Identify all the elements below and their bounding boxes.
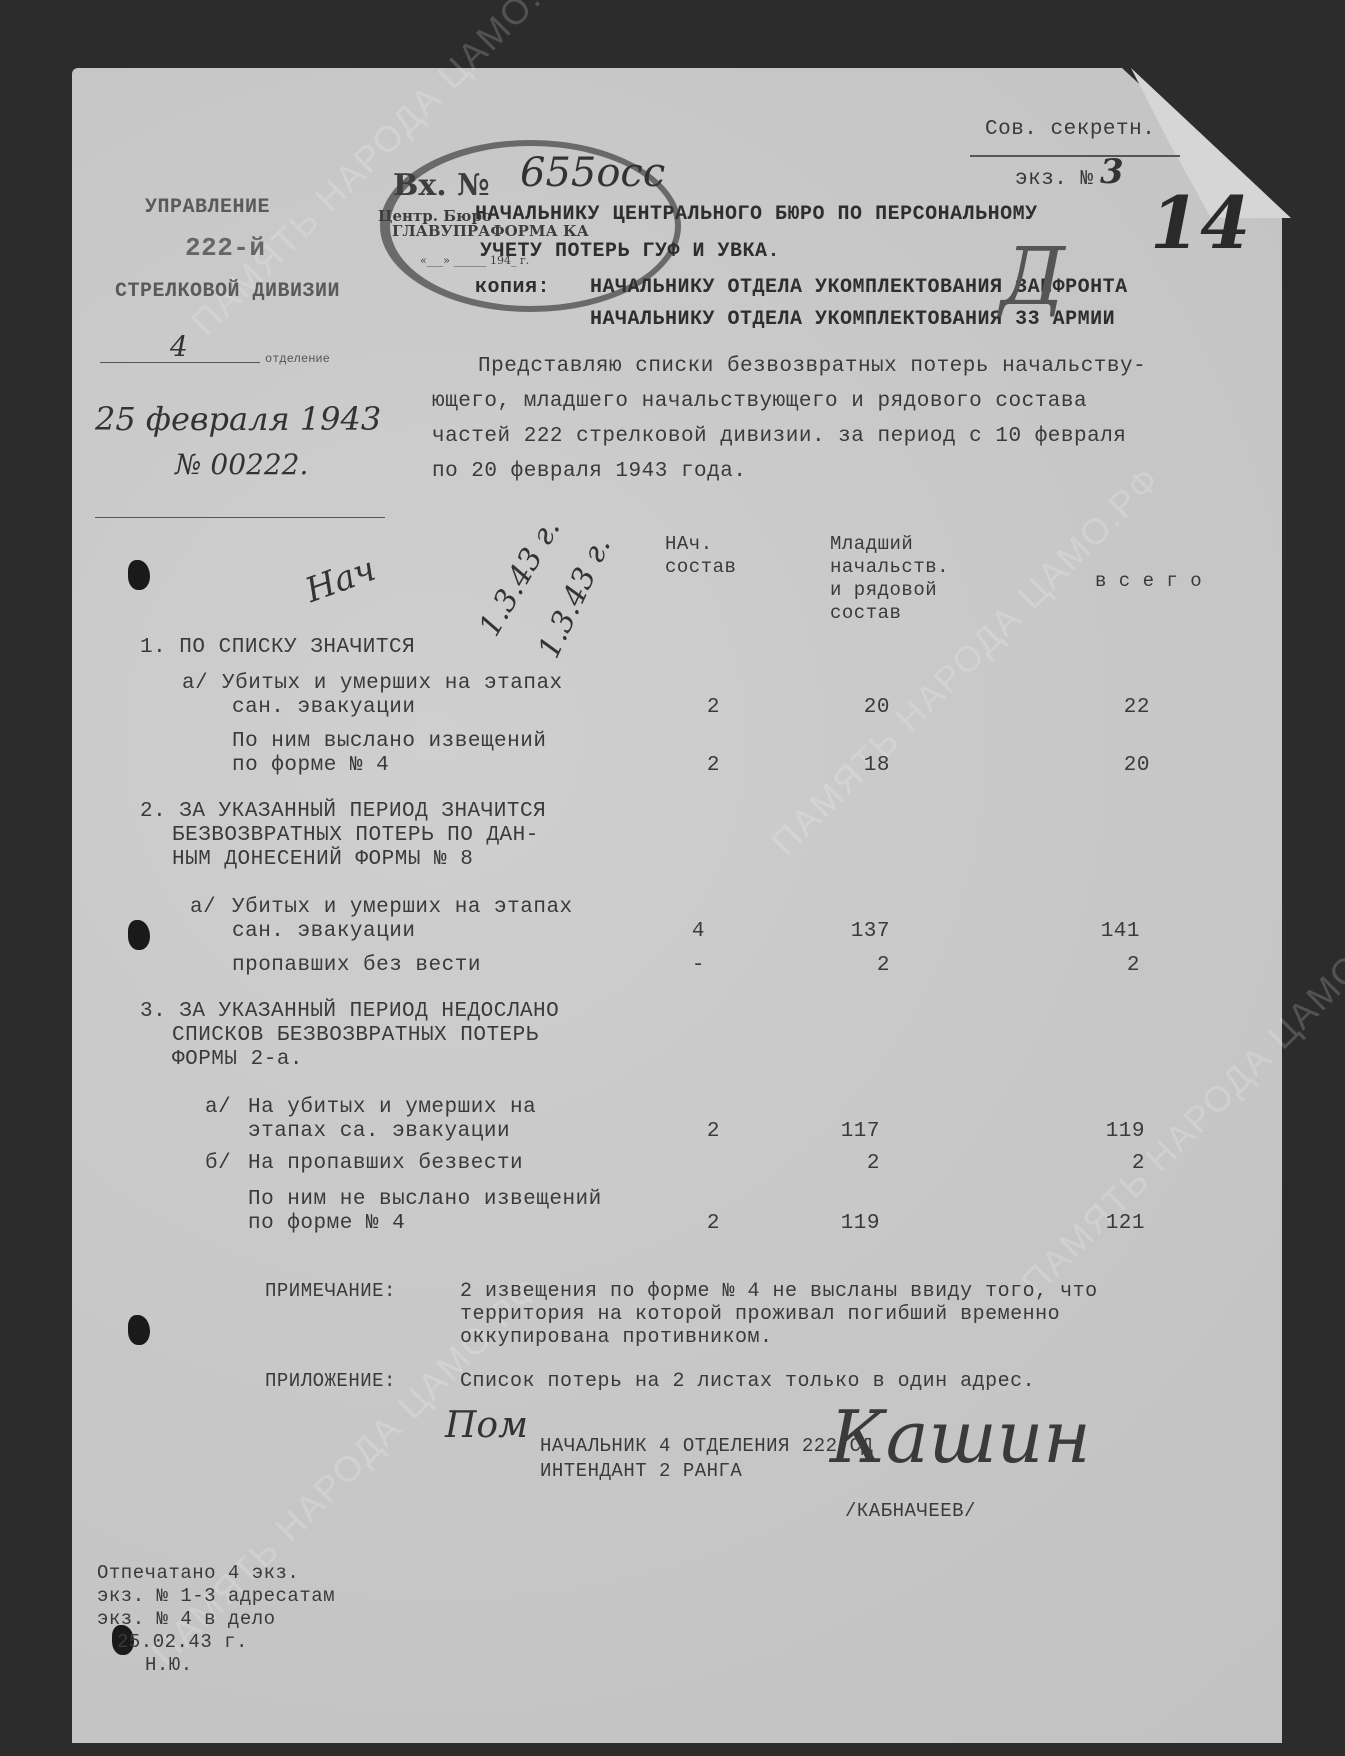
punch-hole — [128, 560, 150, 590]
header-total: в с е г о — [1095, 570, 1202, 592]
addressee-to-line1: НАЧАЛЬНИКУ ЦЕНТРАЛЬНОГО БЮРО ПО ПЕРСОНАЛ… — [475, 203, 1038, 226]
cell-command: 2 — [660, 754, 720, 777]
intro-line: Представляю списки безвозвратных потерь … — [478, 355, 1146, 378]
punch-hole — [128, 920, 150, 950]
sender-line1: УПРАВЛЕНИЕ — [145, 196, 270, 219]
cell-junior: 137 — [830, 920, 890, 943]
intro-line: ющего, младшего начальствующего и рядово… — [432, 390, 1087, 413]
row-label: По ним выслано извещений — [232, 730, 546, 753]
divider — [970, 155, 1180, 157]
section-title: СПИСКОВ БЕЗВОЗВРАТНЫХ ПОТЕРЬ — [172, 1024, 539, 1047]
cell-command: 4 — [645, 920, 705, 943]
row-label: По ним не выслано извещений — [248, 1188, 602, 1211]
punch-hole — [128, 1315, 150, 1345]
row-label: сан. эвакуации — [232, 920, 415, 943]
cell-total: 2 — [1085, 1152, 1145, 1175]
row-label: этапах са. эвакуации — [248, 1120, 510, 1143]
footer-line: 25.02.43 г. — [117, 1631, 248, 1653]
sheet-mark: 14 — [1150, 180, 1250, 265]
cell-command: 2 — [660, 696, 720, 719]
cell-command: - — [645, 954, 705, 977]
cell-total: 119 — [1085, 1120, 1145, 1143]
footer-line: экз. № 1-3 адресатам — [97, 1585, 335, 1607]
note-line: территория на которой проживал погибший … — [460, 1303, 1060, 1326]
cell-total: 2 — [1080, 954, 1140, 977]
section-title: ФОРМЫ 2-а. — [172, 1048, 303, 1071]
signature-title: НАЧАЛЬНИК 4 ОТДЕЛЕНИЯ 222 СД — [540, 1435, 873, 1457]
department-label: отделение — [265, 352, 330, 366]
cell-junior: 119 — [820, 1212, 880, 1235]
classification: Сов. секретн. — [985, 118, 1155, 141]
signature-scrawl: Кашин — [830, 1395, 1091, 1479]
cell-junior: 20 — [830, 696, 890, 719]
divider — [95, 517, 385, 518]
header-col2: состав — [830, 602, 901, 624]
copy-label: экз. № — [1015, 168, 1094, 191]
row-marker: а/ — [182, 672, 208, 695]
footer-line: экз. № 4 в дело — [97, 1608, 276, 1630]
stamp-prefix: Вх. № — [393, 168, 490, 203]
header-col2: Младший — [830, 533, 913, 555]
cell-total: 20 — [1090, 754, 1150, 777]
signature-prefix: Пом — [445, 1405, 528, 1446]
cell-junior: 18 — [830, 754, 890, 777]
header-col2: начальств. — [830, 556, 949, 578]
intro-line: по 20 февраля 1943 года. — [432, 460, 746, 483]
section-title: НЫМ ДОНЕСЕНИЙ ФОРМЫ № 8 — [172, 848, 473, 871]
note-line: оккупирована противником. — [460, 1326, 773, 1349]
cell-total: 22 — [1090, 696, 1150, 719]
outgoing-number: № 00222. — [175, 448, 308, 481]
handwritten-initial: Д — [1000, 230, 1065, 323]
row-label: Убитых и умерших на этапах — [222, 672, 563, 695]
cell-junior: 117 — [820, 1120, 880, 1143]
section-title: 2. ЗА УКАЗАННЫЙ ПЕРИОД ЗНАЧИТСЯ — [140, 800, 546, 823]
row-label: по форме № 4 — [232, 754, 389, 777]
addressee-to-line2: УЧЕТУ ПОТЕРЬ ГУФ И УВКА. — [480, 240, 780, 263]
sender-date: 25 февраля 1943 — [95, 400, 381, 438]
row-label: Убитых и умерших на этапах — [232, 896, 573, 919]
department-number: 4 — [170, 330, 188, 363]
footer-line: Отпечатано 4 экз. — [97, 1562, 299, 1584]
cell-command: 2 — [660, 1120, 720, 1143]
row-marker: а/ — [190, 896, 216, 919]
attachment-text: Список потерь на 2 листах только в один … — [460, 1370, 1035, 1393]
row-marker: б/ — [205, 1152, 231, 1175]
cell-total: 141 — [1080, 920, 1140, 943]
header-col2: и рядовой — [830, 579, 937, 601]
header-col1: НАч. — [665, 533, 713, 555]
header-col1: состав — [665, 556, 736, 578]
signature-rank: ИНТЕНДАНТ 2 РАНГА — [540, 1460, 742, 1482]
row-label: На убитых и умерших на — [248, 1096, 536, 1119]
cell-junior: 2 — [820, 1152, 880, 1175]
sender-line2: 222-й — [185, 233, 266, 263]
note-label: ПРИМЕЧАНИЕ: — [265, 1280, 396, 1302]
row-label: сан. эвакуации — [232, 696, 415, 719]
signature-name: /КАБНАЧЕЕВ/ — [845, 1500, 976, 1522]
row-label: по форме № 4 — [248, 1212, 405, 1235]
section-title: БЕЗВОЗВРАТНЫХ ПОТЕРЬ ПО ДАН- — [172, 824, 539, 847]
cell-total: 121 — [1085, 1212, 1145, 1235]
section-title: 1. ПО СПИСКУ ЗНАЧИТСЯ — [140, 636, 415, 659]
row-label: На пропавших безвести — [248, 1152, 523, 1175]
row-marker: а/ — [205, 1096, 231, 1119]
sender-line3: СТРЕЛКОВОЙ ДИВИЗИИ — [115, 280, 340, 303]
cell-command: 2 — [660, 1212, 720, 1235]
row-label: пропавших без вести — [232, 954, 481, 977]
copy-prefix: копия: — [475, 276, 550, 299]
cell-junior: 2 — [830, 954, 890, 977]
intro-line: частей 222 стрелковой дивизии. за период… — [432, 425, 1126, 448]
note-line: 2 извещения по форме № 4 не высланы ввид… — [460, 1280, 1098, 1303]
attachment-label: ПРИЛОЖЕНИЕ: — [265, 1370, 396, 1392]
footer-line: Н.Ю. — [145, 1654, 193, 1676]
copy-number: 3 — [1100, 152, 1124, 192]
stamp-number: 655осс — [520, 150, 665, 196]
section-title: 3. ЗА УКАЗАННЫЙ ПЕРИОД НЕДОСЛАНО — [140, 1000, 559, 1023]
